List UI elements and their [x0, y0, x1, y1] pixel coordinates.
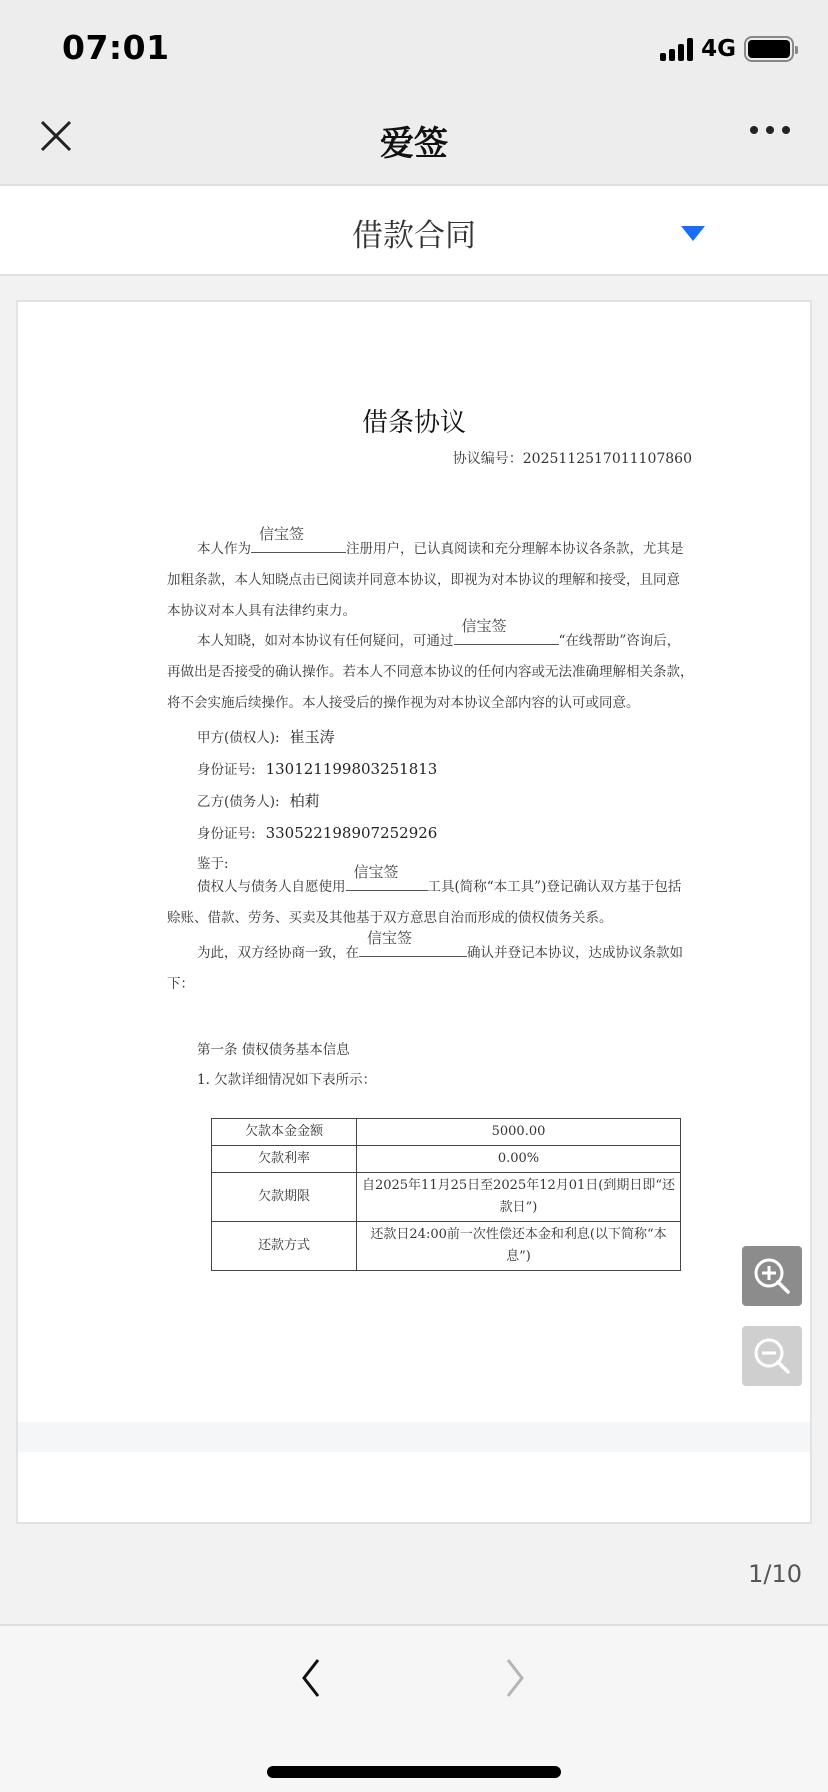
table-row: 欠款利率0.00% [212, 1146, 681, 1173]
zoom-in-icon [750, 1254, 794, 1298]
paragraph-2: 本人知晓，如对本协议有任何疑问，可通过信宝签“在线帮助”咨询后， 再做出是否接受… [167, 626, 707, 719]
table-row: 欠款期限自2025年11月25日至2025年12月01日(到期日即“还款日”) [212, 1173, 681, 1222]
status-bar: 07:01 4G [0, 0, 828, 96]
status-time: 07:01 [62, 28, 170, 67]
paragraph-4: 为此，双方经协商一致，在信宝签确认并登记本协议，达成协议条款如 下： [167, 938, 707, 1000]
article-1-title: 第一条 债权债务基本信息 [197, 1038, 350, 1058]
next-page-button[interactable] [500, 1656, 530, 1700]
whereas-label: 鉴于: [197, 852, 229, 872]
platform-fill: 信宝签 [346, 875, 428, 891]
document-selector[interactable]: 借款合同 [0, 184, 828, 276]
battery-full-icon [744, 36, 794, 62]
platform-fill: 信宝签 [454, 629, 559, 645]
more-icon [750, 126, 758, 134]
table-row: 还款方式还款日24:00前一次性偿还本金和利息(以下简称“本息”) [212, 1222, 681, 1271]
debtor-id-row: 身份证号:330522198907252926 [197, 822, 437, 842]
bottom-navigation [0, 1624, 828, 1792]
document-page[interactable]: 借条协议 协议编号：2025112517011107860 本人作为信宝签注册用… [16, 300, 812, 1524]
page-indicator: 1/10 [748, 1560, 802, 1588]
zoom-out-button[interactable] [742, 1326, 802, 1386]
page-title: 爱签 [0, 116, 828, 165]
document-title: 借条协议 [18, 402, 810, 439]
network-type: 4G [701, 36, 736, 62]
debtor-row: 乙方(债务人):柏莉 [197, 790, 320, 811]
home-indicator[interactable] [267, 1766, 561, 1778]
creditor-row: 甲方(债权人):崔玉涛 [197, 726, 335, 747]
more-button[interactable] [750, 126, 790, 134]
paragraph-3: 债权人与债务人自愿使用信宝签工具(简称“本工具”)登记确认双方基于包括 赊账、借… [167, 872, 707, 934]
article-1-item-1: 1. 欠款详细情况如下表所示： [197, 1068, 376, 1088]
creditor-id-row: 身份证号:130121199803251813 [197, 758, 437, 778]
platform-fill: 信宝签 [251, 537, 346, 553]
previous-page-button[interactable] [296, 1656, 326, 1700]
chevron-left-icon [296, 1656, 326, 1700]
table-row: 欠款本金金额5000.00 [212, 1119, 681, 1146]
caret-down-icon [681, 226, 705, 241]
zoom-in-button[interactable] [742, 1246, 802, 1306]
agreement-number: 协议编号：2025112517011107860 [453, 448, 692, 468]
nav-bar: 爱签 [0, 96, 828, 184]
page-divider [18, 1422, 810, 1452]
zoom-out-icon [750, 1334, 794, 1378]
status-icons: 4G [660, 36, 794, 62]
loan-details-table: 欠款本金金额5000.00 欠款利率0.00% 欠款期限自2025年11月25日… [211, 1118, 681, 1271]
paragraph-1: 本人作为信宝签注册用户，已认真阅读和充分理解本协议各条款，尤其是 加粗条款，本人… [167, 534, 707, 627]
platform-fill: 信宝签 [359, 941, 467, 957]
chevron-right-icon [500, 1656, 530, 1700]
signal-bars-icon [660, 37, 693, 61]
